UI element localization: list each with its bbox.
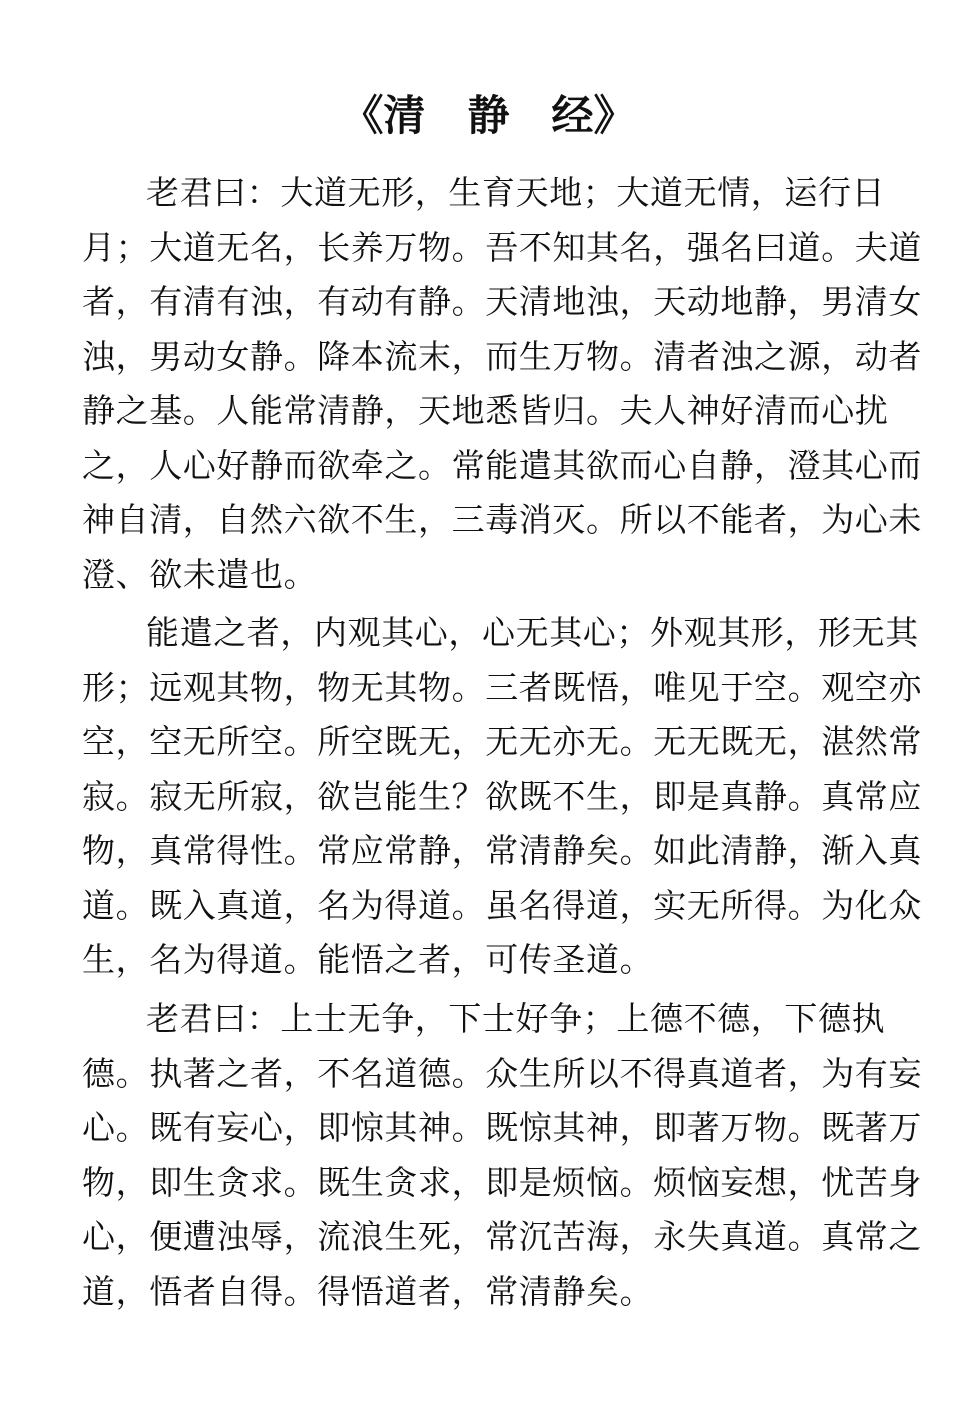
text-line: 浊，男动女静。降本流末，而生万物。清者浊之源，动者	[82, 330, 902, 385]
document-page: 《清 静 经》 老君曰：大道无形，生育天地；大道无情，运行日 月；大道无名，长养…	[0, 0, 977, 1421]
text-line: 者，有清有浊，有动有静。天清地浊，天动地静，男清女	[82, 275, 902, 330]
paragraph-3: 老君曰：上士无争，下士好争；上德不德，下德执 德。执著之者，不名道德。众生所以不…	[82, 992, 902, 1319]
text-line: 澄、欲未遣也。	[82, 548, 902, 603]
text-line: 德。执著之者，不名道德。众生所以不得真道者，为有妄	[82, 1047, 902, 1102]
text-line: 心。既有妄心，即惊其神。既惊其神，即著万物。既著万	[82, 1101, 902, 1156]
text-line: 老君曰：大道无形，生育天地；大道无情，运行日	[82, 166, 902, 221]
document-title: 《清 静 经》	[0, 88, 977, 144]
text-line: 老君曰：上士无争，下士好争；上德不德，下德执	[82, 992, 902, 1047]
text-line: 静之基。人能常清静，天地悉皆归。夫人神好清而心扰	[82, 384, 902, 439]
text-line: 物，真常得性。常应常静，常清静矣。如此清静，渐入真	[82, 824, 902, 879]
text-line: 物，即生贪求。既生贪求，即是烦恼。烦恼妄想，忧苦身	[82, 1156, 902, 1211]
text-line: 寂。寂无所寂，欲岂能生？欲既不生，即是真静。真常应	[82, 770, 902, 825]
text-line: 道，悟者自得。得悟道者，常清静矣。	[82, 1265, 902, 1320]
text-line: 心，便遭浊辱，流浪生死，常沉苦海，永失真道。真常之	[82, 1210, 902, 1265]
paragraph-2: 能遣之者，内观其心，心无其心；外观其形，形无其 形；远观其物，物无其物。三者既悟…	[82, 606, 902, 988]
text-line: 之，人心好静而欲牵之。常能遣其欲而心自静，澄其心而	[82, 439, 902, 494]
text-line: 道。既入真道，名为得道。虽名得道，实无所得。为化众	[82, 879, 902, 934]
text-line: 生，名为得道。能悟之者，可传圣道。	[82, 933, 902, 988]
text-line: 神自清，自然六欲不生，三毒消灭。所以不能者，为心未	[82, 493, 902, 548]
paragraph-1: 老君曰：大道无形，生育天地；大道无情，运行日 月；大道无名，长养万物。吾不知其名…	[82, 166, 902, 602]
text-line: 空，空无所空。所空既无，无无亦无。无无既无，湛然常	[82, 715, 902, 770]
text-line: 月；大道无名，长养万物。吾不知其名，强名曰道。夫道	[82, 221, 902, 276]
text-line: 能遣之者，内观其心，心无其心；外观其形，形无其	[82, 606, 902, 661]
text-line: 形；远观其物，物无其物。三者既悟，唯见于空。观空亦	[82, 661, 902, 716]
